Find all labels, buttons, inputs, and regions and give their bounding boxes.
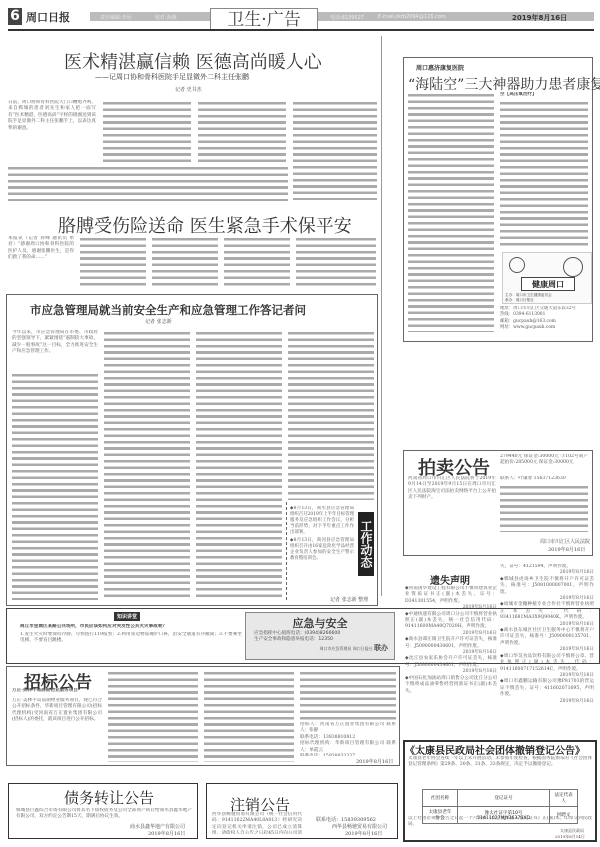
article3-byline: 记者 张志新 bbox=[145, 318, 172, 325]
emergency-sponsor: 周口市应急管理局 周口日报社 bbox=[319, 646, 372, 651]
taikang-title: 《太康县民政局社会团体撤销登记公告》 bbox=[405, 742, 585, 757]
cancel-text: 西华县畅驰贸易有限公司（统一社会信用代码：91411622MA40L8A013）… bbox=[212, 812, 302, 834]
rehab-headline: “海陆空”三大神器助力患者康复 bbox=[408, 74, 600, 94]
article2-headline: 胳膊受伤险送命 医生紧急手术保平安 bbox=[58, 212, 352, 238]
cartoon-credit: 承办：周口日报社 bbox=[505, 298, 534, 303]
article2-body-col4 bbox=[224, 236, 290, 288]
table-header-row: 社团名称 登记证号 法定代表人 bbox=[423, 790, 578, 807]
article3-body-col1b bbox=[12, 372, 98, 600]
issue-date: 2019年8月16日 bbox=[512, 13, 567, 23]
taikang-text: 太康县老年协会连续一年以上未开展活动，未参加年度检查，根据国务院颁布的《社会团体… bbox=[408, 756, 592, 788]
cancel-date: 2019年8月16日 bbox=[345, 830, 382, 837]
column-divider bbox=[381, 36, 382, 596]
taikang-date: 2019年8月14日 bbox=[555, 834, 585, 840]
lost-notice-item: ◆中通快递有限公司周口分公司不慎将营业执照正(副)本丢失，统一社会信用代码：91… bbox=[405, 612, 497, 631]
rehab-org: 周口惠济康复医院 bbox=[416, 63, 464, 72]
lost-notice-item: ◆郸城县虎岗乡卫生院不慎将开户许可证丢失，核准号：J5081000007001，… bbox=[500, 577, 594, 596]
lost-notices-title: 遗失声明 bbox=[430, 572, 470, 587]
article2-body-col3 bbox=[152, 236, 218, 288]
cartoon-image: 健康周口 主办：周口市卫生健康委员会 承办：周口日报社 bbox=[502, 252, 592, 304]
table-header: 法定代表人 bbox=[550, 790, 578, 807]
article1-body-col2 bbox=[103, 100, 191, 162]
auction-text: 河南省周口市川汇区人民法院将于2019年9月14日至2019年9月15日在周口市… bbox=[408, 476, 496, 552]
lost-notice-item: ◆周口华昊食品饮料有限公司不慎将公章、营业执照正(副)本丢失，代码：914116… bbox=[500, 654, 594, 673]
email-info: E-mail:zkrb2094@126.com bbox=[378, 14, 446, 20]
article2-body-col2 bbox=[80, 236, 146, 288]
article1-body-col3 bbox=[198, 100, 286, 162]
bidding-contacts: 招标人：河南省万正置业集团有限公司 联系人：张静 联系电话：1383881081… bbox=[300, 722, 396, 756]
cancel-phone: 联系电话：15839309562 bbox=[316, 816, 376, 823]
work-dynamics-byline: 记者 张志新 整理 bbox=[330, 596, 368, 603]
lost-notices-col1: ◆河南国华建设工程有限公司不慎将建筑业企业资质证书正(副)本丢失，证号：D341… bbox=[405, 586, 497, 738]
rehab-website: 网址：www.gucpauh.com bbox=[500, 325, 590, 331]
lost-notice-item: ◆商水县谭庄镇卫生院开户许可证丢失，核准号：J5090000430601，声明作… bbox=[405, 637, 497, 650]
debt-text: 郸城县巨鑫综合市场有限公司将其名下债权债务及公司全部资产转让给商水县鑫华地产有限… bbox=[16, 808, 192, 822]
bidding-contact: 招标人：河南省万正置业集团有限公司 联系人：张静 bbox=[300, 722, 396, 735]
article1-subheadline: ——记周口协和骨科医院手足显微外二科主任张鹏 bbox=[95, 72, 249, 82]
lost-notice-item: ◆商水县东城区社区卫生服务中心不慎将开户许可证丢失，核准号：J509000013… bbox=[500, 628, 594, 647]
rehab-col1 bbox=[408, 92, 494, 332]
knowledge-text: 1.发生火灾时要保持冷静，尽快拨打119报警；2.利用身边物品掩护口鼻，沿安全通… bbox=[20, 632, 242, 658]
proof-info: 校对:海燕 bbox=[155, 14, 177, 21]
knowledge-badge: 知识讲堂 bbox=[114, 612, 140, 621]
knowledge-lead: 商丘市里城区某路公共场所，市民应该如何应对突发性公共火灾事故呢？ bbox=[20, 624, 242, 632]
doctor-figure-icon bbox=[563, 257, 583, 277]
article3-body-col1: 今年以来，市应急管理局在市委、市政府的坚强领导下，紧紧围绕“遏制较大事故、减少一… bbox=[12, 330, 98, 370]
article1-headline: 医术精湛赢信赖 医德高尚暖人心 bbox=[64, 48, 322, 74]
table-header: 登记证号 bbox=[457, 790, 549, 807]
auction-date: 2019年8月16日 bbox=[548, 546, 585, 553]
bidding-contact: 联系电话：15938833337 bbox=[300, 754, 396, 756]
work-dynamics-divider bbox=[286, 502, 287, 600]
emergency-title: 应急与安全 bbox=[246, 615, 394, 631]
lost-notice-item: ◆周口市鑫鹏运输有限公司豫P81703的营运证不慎丢失，证号：411602071… bbox=[500, 679, 594, 698]
work-dynamics-label: 工作动态 bbox=[358, 512, 374, 576]
bidding-project: 万正·美林半岛前期物业服务项目 bbox=[12, 688, 102, 696]
auction-col2 bbox=[500, 484, 588, 532]
article2-body-col5 bbox=[296, 236, 376, 288]
editor-info: 责任编辑:李冠 bbox=[100, 14, 132, 21]
cancel-signer: 西华县畅驰贸易有限公司 bbox=[332, 823, 387, 830]
article1-body-col1: 日前，周口协和骨科医院大门口鞭炮齐鸣，来自郸城的患者刘先生和家人把一面写有“医术… bbox=[8, 100, 96, 162]
phone-info: 电话:8139527 bbox=[330, 14, 364, 21]
lost-notice-date: 2019年8月16日 bbox=[500, 699, 594, 705]
page-number: 6 bbox=[8, 8, 22, 25]
bidding-date: 2019年8月16日 bbox=[356, 758, 393, 765]
bidding-contact: 招标代理机构：华新项目管理有限公司 联系人：单霞云 bbox=[300, 741, 396, 754]
article3-body-col3 bbox=[196, 330, 282, 600]
work-dynamics-items: ◆8月13日，商水县应急管理局组织召开2019年上半年目标管理服务及应急组织工作… bbox=[290, 506, 354, 592]
debt-title: 债务转让公告 bbox=[64, 787, 154, 808]
auction-contact: 联系人：叶谦春 15637123630 bbox=[500, 476, 588, 483]
rehab-contact: 地址：周口市川汇区交通大道东段32号 热线：0394-6113001 邮箱：gu… bbox=[500, 306, 590, 338]
debt-signer: 商水县鑫华地产有限公司 bbox=[130, 823, 185, 830]
article2-body-col1: 本报讯（记者 孙峰 通讯员 单君）“感谢周口协和骨科医院的医护人员，感谢张鹏医生… bbox=[8, 236, 74, 288]
work-dynamics-item: ◆8月13日，商水县应急管理局组织召开2019年上半年目标管理服务及应急组织工作… bbox=[290, 506, 354, 536]
lost-notice-item: ◆河南国华建设工程有限公司不慎将建筑业企业资质证书正(副)本丢失，证号：D341… bbox=[405, 586, 497, 605]
article1-body-more bbox=[8, 165, 288, 201]
taikang-footer: 以上社团必须于公告之日起一个月内将《社会团体法人登记证书》正(副)本、印章交到民… bbox=[408, 816, 592, 828]
article1-byline: 记者 史书杰 bbox=[175, 86, 202, 93]
cartoon-label: 健康周口 bbox=[521, 277, 575, 291]
article3-body-col4 bbox=[288, 330, 374, 500]
auction-signer: 周口市川汇区人民法院 bbox=[540, 538, 590, 545]
work-dynamics-item: ◆8月13日，商河县应急管理局组织召开由16家危险化学品经营企业负责人参加的安全… bbox=[290, 538, 354, 562]
nurse-figure-icon bbox=[509, 257, 525, 273]
article3-body-col2 bbox=[104, 330, 190, 600]
bidding-col2 bbox=[108, 670, 198, 762]
emergency-sponsor-suffix: 联办 bbox=[374, 643, 388, 652]
paper-logo: 周口日报 bbox=[26, 9, 70, 25]
debt-date: 2019年8月16日 bbox=[148, 830, 185, 837]
cancel-text-cont bbox=[304, 788, 392, 816]
bidding-col3 bbox=[204, 670, 294, 762]
lost-notices-col2: 失，证号：4121594，声明作废。 2019年8月16日 ◆郸城县虎岗乡卫生院… bbox=[500, 564, 594, 738]
emergency-box: 应急与安全 应急指挥中心值班电话：(0394)8266600 生产安全事故和隐患… bbox=[245, 612, 395, 660]
header-rule bbox=[8, 29, 594, 31]
lost-notice-item: ◆项城市金穗种植专业合作社不慎将营业执照正本丢失，代码：93411681MA3X… bbox=[500, 602, 594, 621]
rehab-col2 bbox=[500, 100, 588, 248]
bidding-col4 bbox=[300, 670, 396, 720]
lost-notice-item: ◆中国石化加油站周口销售分公司沈丘分公司不慎将成品油零售经营批准证书正(副)本丢… bbox=[405, 676, 497, 695]
rehab-subhead: 空【高压氧治疗】 bbox=[500, 92, 588, 100]
auction-prices: 279440元 保证金:30000元 ③102号商产 起拍价:285000元 保… bbox=[500, 454, 588, 476]
bidding-text: 万正·美林半岛前期物业服务项目，现已符合公开招标条件，华新项目管理有限公司(招标… bbox=[12, 698, 102, 762]
section-title: 卫生·广告 bbox=[210, 8, 318, 30]
table-header: 社团名称 bbox=[423, 790, 458, 807]
lost-notice-item: ◆沈丘县农家乐协会开户许可证丢失，核准号：J5090000434601，声明作废… bbox=[405, 656, 497, 669]
article1-body-col4 bbox=[293, 100, 377, 200]
article3-headline: 市应急管理局就当前安全生产和应急管理工作答记者问 bbox=[30, 302, 306, 318]
